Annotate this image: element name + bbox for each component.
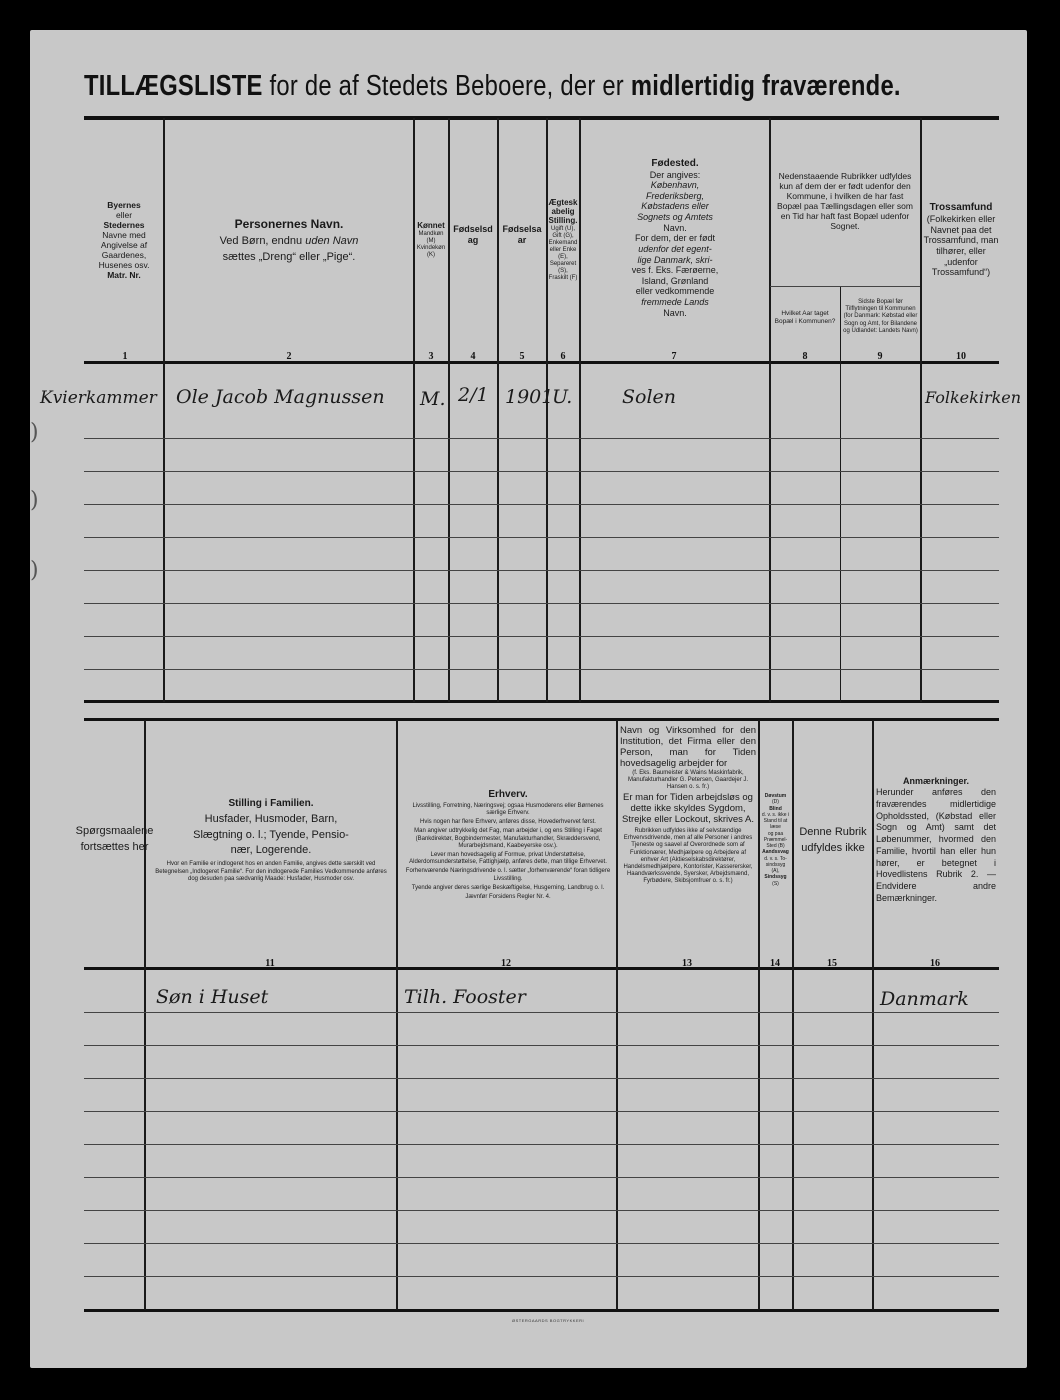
entry-occupation: Tilh. Fooster: [404, 986, 526, 1008]
header-text: Angivelse af: [101, 240, 147, 250]
header-title: Personernes Navn.: [235, 215, 344, 233]
header-text: Købstadens eller: [641, 201, 709, 212]
header-note: Hvor en Familie er indlogeret hos en and…: [150, 861, 392, 883]
header-text: nær, Logerende.: [231, 843, 312, 859]
header-text: Byernes: [107, 200, 141, 210]
row-line: [84, 1177, 999, 1178]
header-text: Ugift (U), Gift (G), Enkemand eller Enke…: [548, 226, 578, 283]
header-text: Matr. Nr.: [107, 270, 141, 280]
row-line: [84, 471, 999, 472]
header-text: Sidste Bopæl før Tilflytningen til Kommu…: [842, 299, 919, 334]
row-line: [84, 537, 999, 538]
header-text: Frederiksberg,: [646, 191, 704, 202]
header-text: Herunder anføres den fraværendes midlert…: [876, 787, 996, 904]
row-line: [84, 1111, 999, 1112]
row-line: [84, 438, 999, 439]
entry-religion: Folkekirken: [925, 388, 1021, 407]
header-text: Er man for Tiden arbejdsløs og dette ikk…: [620, 793, 756, 826]
header-title: Ægteskabelig Stilling.: [548, 198, 578, 226]
header-text: ves f. Eks. Færøerne,: [632, 265, 719, 276]
col-divider: [579, 118, 581, 702]
header-text: Navne med: [102, 230, 145, 240]
header-text: Jævnfør Forsidens Regler Nr. 4.: [465, 894, 550, 901]
header-text: Navn.: [663, 223, 687, 234]
column-number: 8: [790, 351, 820, 362]
header-text: (f. Eks. Baumeister & Wains Maskinfabrik…: [620, 770, 756, 792]
header-text: Livsstilling, Forretning, Næringsvej; og…: [402, 803, 614, 817]
header-text: eller vedkommende: [636, 286, 715, 297]
column-number: 12: [491, 958, 521, 969]
margin-mark: ): [30, 558, 39, 583]
header-col-3: Kønnet Mandkøn (M) Kvindekøn (K): [415, 195, 447, 285]
header-col-6: Ægteskabelig Stilling. Ugift (U), Gift (…: [548, 145, 578, 335]
header-text: Slægtning o. l.; Tyende, Pensio-: [193, 828, 349, 844]
form-title: TILLÆGSLISTE for de af Stedets Beboere, …: [84, 70, 838, 110]
column-number: 15: [817, 958, 847, 969]
row-line: [84, 1012, 999, 1013]
header-title: Stilling i Familien.: [228, 797, 313, 812]
col-divider: [792, 720, 794, 1310]
header-text: Spørgsmaalene fortsættes her: [76, 824, 154, 856]
title-middle: for de af Stedets Beboere, der er: [270, 70, 624, 102]
col-divider: [448, 118, 450, 702]
header-text: Hvilket Aar taget Bopæl i Kommunen?: [772, 310, 838, 325]
header-text: Ved Børn, endnu: [220, 235, 303, 247]
header-text: eller: [116, 210, 132, 220]
row-line: [84, 669, 999, 670]
header-title: Trossamfund: [930, 202, 993, 214]
lower-header-rule: [84, 967, 999, 970]
header-col-10: Trossamfund (Folkekirken eller Navnet pa…: [923, 180, 999, 300]
col-divider: [144, 720, 146, 1310]
col-divider: [769, 118, 771, 702]
entry-birthplace: Solen: [622, 386, 676, 408]
row-line: [84, 1144, 999, 1145]
header-note: Rubrikken udfyldes ikke af selvstændige …: [620, 828, 756, 886]
column-number: 4: [458, 351, 488, 362]
title-bold-left: TILLÆGSLISTE: [84, 70, 263, 102]
row-line: [84, 504, 999, 505]
margin-mark: ): [30, 488, 39, 513]
header-col-11: Stilling i Familien. Husfader, Husmoder,…: [150, 780, 392, 900]
entry-birth-day: 2/1: [458, 384, 489, 406]
upper-bottom-rule: [84, 700, 999, 703]
row-line: [84, 636, 999, 637]
header-col-1: Byernes eller Stedernes Navne med Angive…: [86, 170, 162, 310]
col-divider: [872, 720, 874, 1310]
column-number: 9: [865, 351, 895, 362]
column-number: 3: [416, 351, 446, 362]
entry-remarks: Danmark: [880, 988, 969, 1010]
header-text: (Folkekirken eller Navnet paa det Trossa…: [923, 214, 999, 278]
row-line: [84, 1078, 999, 1079]
lower-top-rule: [84, 718, 999, 721]
column-number: 5: [507, 351, 537, 362]
title-bold-right: midlertidig fraværende.: [631, 70, 901, 102]
header-col-7: Fødested. Der angives: København, Freder…: [584, 138, 766, 338]
header-text: (S): [772, 881, 779, 887]
header-text: Lever man hovedsagelig af Formue, privat…: [402, 852, 614, 866]
column-number: 1: [110, 351, 140, 362]
column-number: 7: [659, 351, 689, 362]
header-text: Der angives:: [650, 170, 701, 181]
column-number: 2: [274, 351, 304, 362]
col-divider: [616, 720, 618, 1310]
column-number: 13: [672, 958, 702, 969]
col-divider: [396, 720, 398, 1310]
header-text: Island, Grønland: [642, 276, 709, 287]
header-col-13: Navn og Virksomhed for den Institution, …: [620, 726, 756, 956]
row-line: [84, 1276, 999, 1277]
header-text: udenfor det egent-: [638, 244, 712, 255]
header-text: fremmede Lands: [641, 297, 709, 308]
header-col-2: Personernes Navn. Ved Børn, endnu uden N…: [166, 200, 412, 280]
title-rule: [84, 116, 999, 120]
header-title: Fødselsaar: [501, 224, 543, 245]
margin-mark: ): [30, 420, 39, 445]
header-title: Fødested.: [651, 158, 698, 170]
header-continued: Spørgsmaalene fortsættes her: [86, 800, 143, 880]
col-divider: [920, 118, 922, 702]
column-number: 10: [946, 351, 976, 362]
header-col-8: Hvilket Aar taget Bopæl i Kommunen?: [772, 292, 838, 344]
header-col-12: Erhverv. Livsstilling, Forretning, Nærin…: [402, 750, 614, 940]
header-col-4: Fødselsdag: [452, 210, 494, 260]
header-text: Nedenstaaende Rubrikker udfyldes kun af …: [774, 171, 916, 231]
column-number: 14: [760, 958, 790, 969]
upper-header-rule: [84, 361, 999, 364]
row-line: [84, 603, 999, 604]
lower-bottom-rule: [84, 1309, 999, 1312]
column-number: 6: [548, 351, 578, 362]
row-line: [84, 570, 999, 571]
header-text: Hvis nogen har flere Erhverv, anføres di…: [420, 819, 596, 826]
subheader-rule: [770, 286, 920, 287]
header-text: Husfader, Husmoder, Barn,: [205, 812, 338, 828]
col-divider: [163, 118, 165, 702]
row-line: [84, 1210, 999, 1211]
header-text: sættes „Dreng“ eller „Pige“.: [223, 249, 356, 266]
header-text: Tyende angiver deres særlige Beskæftigel…: [412, 885, 604, 892]
header-title: Anmærkninger.: [903, 776, 969, 788]
header-text: Sognets og Amtets: [637, 212, 713, 223]
header-text: København,: [651, 180, 700, 191]
header-title: Kønnet: [417, 221, 445, 230]
header-text: d. v. s. ikke i Stand til at læse: [760, 812, 791, 831]
entry-family-position: Søn i Huset: [156, 986, 268, 1008]
header-title: Fødselsdag: [452, 224, 494, 245]
header-col-9: Sidste Bopæl før Tilflytningen til Kommu…: [842, 288, 919, 346]
header-text: lige Danmark, skri-: [637, 255, 712, 266]
header-group-8-9: Nedenstaaende Rubrikker udfyldes kun af …: [774, 140, 916, 262]
header-text: Gaardenes,: [102, 250, 146, 260]
printer-mark: ØSTERGAARDS BOGTRYKKERI: [512, 1318, 584, 1323]
column-number: 16: [920, 958, 950, 969]
entry-place: Kvierkammer: [40, 388, 157, 408]
header-title: Navn og Virksomhed for den Institution, …: [620, 726, 756, 770]
entry-sex: M.: [420, 388, 446, 410]
entry-birth-year: 1901: [505, 386, 553, 408]
entry-name: Ole Jacob Magnussen: [176, 386, 385, 408]
entry-marital: U.: [552, 386, 572, 408]
header-text: Denne Rubrik udfyldes ikke: [797, 824, 869, 857]
header-text: Forhenværende Næringsdrivende o. l. sætt…: [402, 868, 614, 882]
col-divider: [840, 286, 841, 702]
header-col-16: Anmærkninger. Herunder anføres den fravæ…: [876, 765, 996, 915]
header-col-15: Denne Rubrik udfyldes ikke: [797, 800, 869, 880]
header-text: Husenes osv.: [99, 260, 150, 270]
header-title: Erhverv.: [488, 789, 527, 801]
col-divider: [497, 118, 499, 702]
row-line: [84, 1243, 999, 1244]
header-text: For dem, der er født: [635, 233, 715, 244]
header-col-5: Fødselsaar: [501, 210, 543, 260]
header-text: Stedernes: [103, 220, 144, 230]
header-text: Man angiver udtrykkelig det Fag, man arb…: [402, 828, 614, 850]
header-text: Mandkøn (M) Kvindekøn (K): [415, 231, 447, 259]
header-text: Navn.: [663, 308, 687, 319]
header-col-14: Døvstum (D) Blind d. v. s. ikke i Stand …: [760, 740, 791, 940]
column-number: 11: [255, 958, 285, 969]
row-line: [84, 1045, 999, 1046]
header-text: uden Navn: [305, 235, 358, 247]
